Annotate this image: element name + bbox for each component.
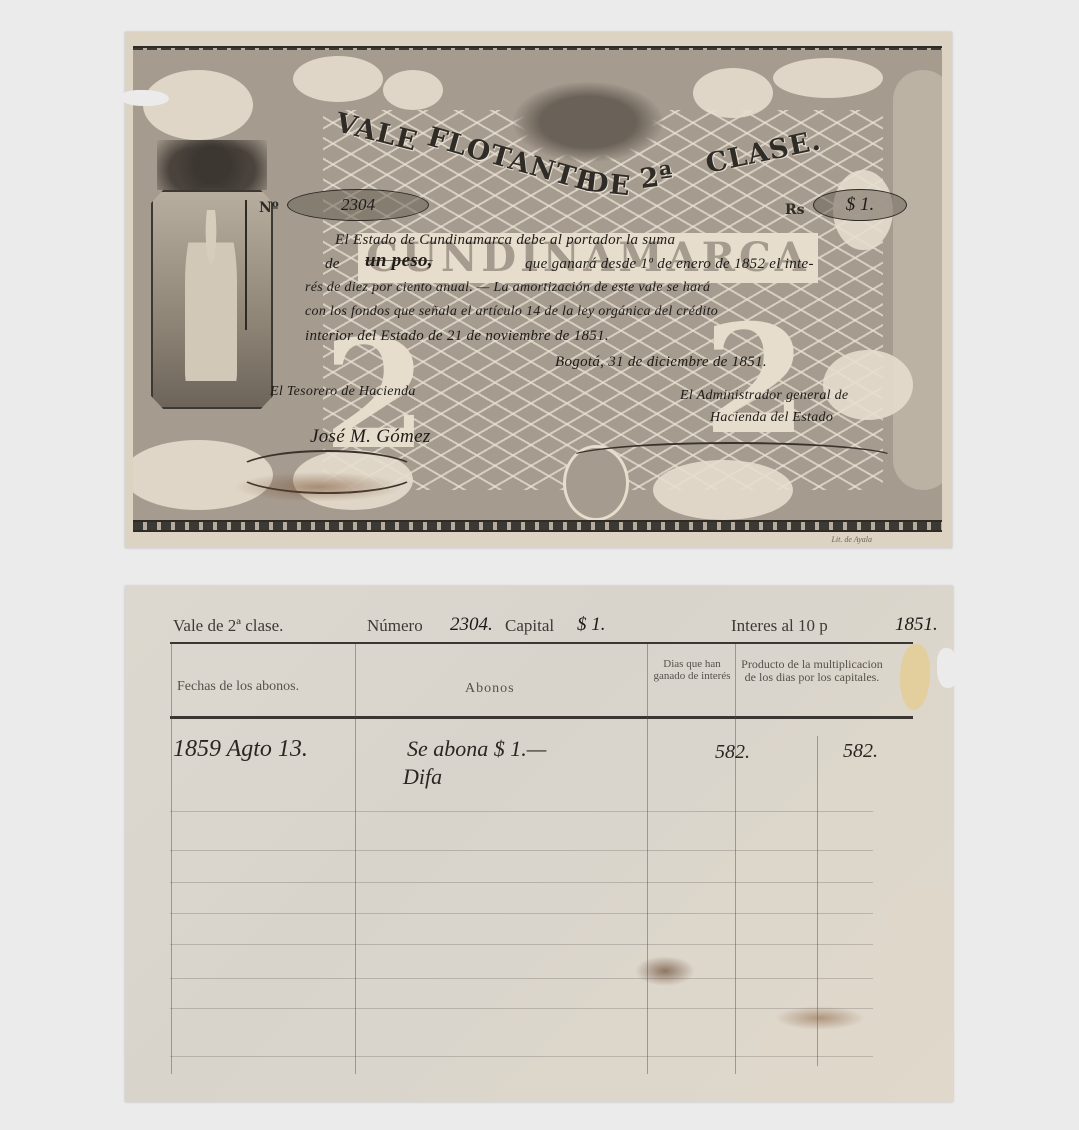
torn-edge	[121, 90, 169, 106]
banknote-back: Vale de 2ª clase. Número 2304. Capital $…	[125, 586, 953, 1102]
title-word: DE	[584, 167, 633, 203]
signatory-left-title: El Tesorero de Hacienda	[270, 384, 416, 400]
row-line	[170, 978, 873, 979]
scroll-ornament	[143, 70, 253, 140]
body-line: de	[325, 256, 340, 273]
entry-producto: 582.	[843, 740, 878, 763]
signature-left: José M. Gómez	[310, 426, 431, 448]
body-line: interior del Estado de 21 de noviembre d…	[305, 328, 609, 345]
number-handwritten: 2304.	[450, 614, 493, 635]
row-line	[170, 811, 873, 812]
foliage-ornament	[157, 140, 267, 190]
scroll-ornament	[293, 56, 383, 102]
number-label: Número	[367, 616, 423, 636]
entry-abono-signature: Difa	[403, 764, 442, 790]
amount-in-words: un peso,	[365, 250, 433, 272]
column-divider	[647, 644, 648, 1074]
body-line: rés de diez por ciento anual. — La amort…	[305, 280, 710, 296]
interest-handwritten: 1851.	[895, 614, 938, 635]
number-label: Nº	[259, 200, 279, 216]
entry-date: 1859 Agto 13.	[173, 736, 308, 763]
column-divider	[735, 644, 736, 1074]
column-divider	[355, 644, 356, 1074]
body-line: El Estado de Cundinamarca debe al portad…	[335, 232, 675, 249]
scroll-ornament	[383, 70, 443, 110]
body-line: con los fondos que señala el artículo 14…	[305, 304, 718, 320]
ink-stain	[233, 472, 403, 502]
denomination-numeral-right: 2	[703, 305, 807, 455]
scroll-ornament	[693, 68, 773, 118]
spear-icon	[245, 200, 247, 330]
printer-mark: Lit. de Ayala	[831, 535, 872, 544]
place-date: Bogotá, 31 de diciembre de 1851.	[555, 354, 767, 371]
amount-label: Rs	[785, 202, 805, 218]
title-word: CLASE.	[703, 125, 824, 180]
row-line	[170, 1008, 873, 1009]
column-header-producto: Producto de la multiplicacion de los dia…	[737, 658, 887, 684]
row-line	[170, 1056, 873, 1057]
stain	[775, 1006, 865, 1030]
column-header-abonos: Abonos	[465, 682, 515, 695]
scroll-ornament	[773, 58, 883, 98]
entry-dias: 582.	[715, 741, 750, 764]
capital-label: Capital	[505, 616, 554, 636]
banknote-front: 2 2 CUNDINAMARCA VALE FLOTANTE DE 2ª CLA…	[125, 32, 952, 548]
paper-repair-patch	[900, 644, 930, 710]
liberty-figure	[185, 210, 237, 390]
signature-right	[565, 442, 899, 476]
signatory-right-title-2: Hacienda del Estado	[710, 410, 833, 426]
ink-blot	[635, 956, 695, 986]
signatory-right-title: El Administrador general de	[680, 388, 848, 404]
capital-handwritten: $ 1.	[577, 614, 606, 635]
interest-label: Interes al 10 p	[731, 616, 828, 636]
column-header-dias: Dias que han ganado de interés	[651, 658, 733, 682]
row-line	[170, 850, 873, 851]
torn-edge	[937, 648, 959, 688]
note-title: VALE FLOTANTE DE 2ª CLASE.	[335, 117, 855, 197]
column-header-dates: Fechas de los abonos.	[177, 680, 299, 693]
interest-value: 1851.	[895, 614, 938, 636]
title-word: FLOTANTE	[424, 122, 600, 200]
back-title: Vale de 2ª clase.	[173, 616, 283, 636]
row-line	[170, 882, 873, 883]
bottom-border-band	[133, 520, 942, 532]
title-word: 2ª	[638, 160, 676, 195]
body-line: que ganará desde 1º de enero de 1852 el …	[525, 256, 814, 273]
capital-value: $ 1.	[577, 614, 606, 636]
amount-value: $ 1.	[813, 189, 907, 221]
number-value: 2304.	[450, 614, 493, 636]
allegorical-figure-vignette	[151, 190, 273, 409]
column-header-rule	[170, 716, 913, 719]
column-divider	[171, 644, 172, 1074]
side-ornament	[893, 70, 942, 490]
entry-abono: Se abona $ 1.—	[407, 736, 546, 762]
serial-number: 2304	[287, 189, 429, 221]
row-line	[170, 913, 873, 914]
row-line	[170, 944, 873, 945]
header-rule	[170, 642, 913, 644]
